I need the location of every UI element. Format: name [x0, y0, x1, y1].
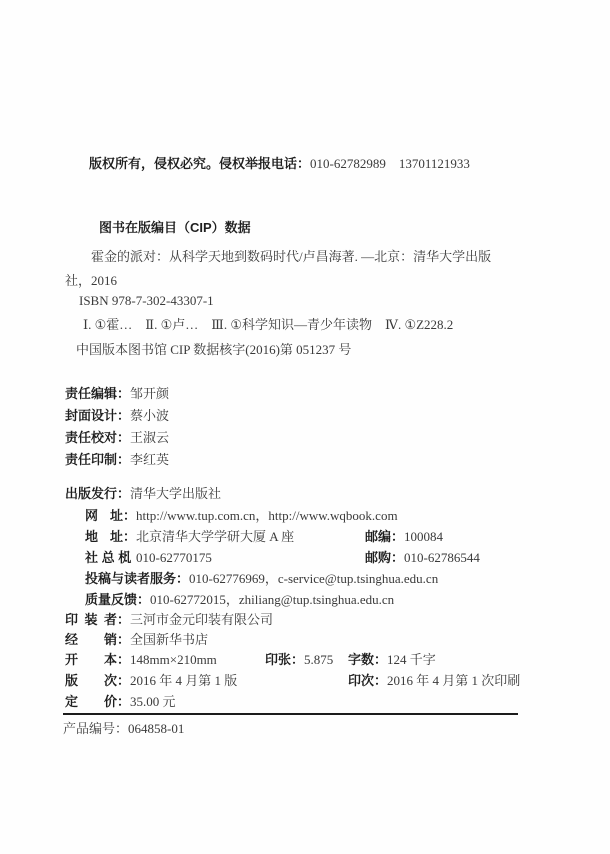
format-row: 开本：148mm×210mm 印张：5.875 字数：124 千字: [65, 652, 535, 667]
sheets-value: 5.875: [304, 652, 333, 667]
publisher-name: 清华大学出版社: [130, 486, 221, 501]
switchboard-row: 社 总 机：010-62770175 邮购：010-62786544: [85, 550, 555, 565]
cip-isbn: ISBN 978-7-302-43307-1: [79, 293, 214, 308]
cip-record-number: 中国版本图书馆 CIP 数据核字(2016)第 051237 号: [76, 342, 351, 357]
sheets-label: 印张: [265, 652, 291, 667]
impression-value: 2016 年 4 月第 1 次印刷: [387, 673, 520, 688]
label-colon: ：: [115, 721, 128, 736]
copyright-warning-line: 版权所有，侵权必究。侵权举报电话：010-62782989 1370112193…: [89, 156, 470, 171]
distributor-label: 经销: [65, 632, 117, 647]
edition-row: 版次：2016 年 4 月第 1 版 印次：2016 年 4 月第 1 次印刷: [65, 673, 535, 688]
report-phone-numbers: 010-62782989 13701121933: [310, 156, 470, 171]
copyright-warning-text: 版权所有，侵权必究。: [89, 156, 219, 171]
staff-row-proofreader: 责任校对：王淑云: [65, 430, 535, 445]
staff-row-cover-design: 封面设计：蔡小波: [65, 408, 535, 423]
label-colon: ：: [117, 673, 130, 688]
switchboard-number: 010-62770175: [136, 550, 212, 565]
reader-service-row: 投稿与读者服务：010-62776969，c-service@tup.tsing…: [85, 571, 555, 586]
label-colon: ：: [117, 486, 130, 501]
report-phone-label: 侵权举报电话: [219, 156, 297, 171]
product-code-value: 064858-01: [128, 721, 184, 736]
postcode-pair: 邮编：100084: [365, 529, 443, 544]
printer-label: 印装者: [65, 612, 117, 627]
staff-role-label: 责任印制: [65, 452, 117, 467]
label-colon: ：: [117, 694, 130, 709]
staff-row-editor: 责任编辑：邹开颜: [65, 386, 535, 401]
staff-role-label: 责任校对: [65, 430, 117, 445]
impression-label: 印次: [348, 673, 374, 688]
reader-service-contact: 010-62776969，c-service@tup.tsinghua.edu.…: [189, 571, 438, 586]
staff-role-label: 责任编辑: [65, 386, 117, 401]
label-colon: ：: [391, 529, 404, 544]
staff-role-label: 封面设计: [65, 408, 117, 423]
label-colon: ：: [391, 550, 404, 565]
price-row: 定价：35.00 元: [65, 694, 535, 709]
format-value: 148mm×210mm: [130, 652, 217, 667]
label-colon: ：: [117, 652, 130, 667]
label-colon: ：: [117, 386, 130, 401]
staff-name: 邹开颜: [130, 386, 169, 401]
distributor-row: 经销：全国新华书店: [65, 632, 535, 647]
postcode-label: 邮编: [365, 529, 391, 544]
staff-name: 王淑云: [130, 430, 169, 445]
divider-rule: [63, 713, 518, 715]
sheets-pair: 印张：5.875: [265, 652, 333, 667]
label-colon: ：: [297, 156, 310, 171]
address-row: 地址：北京清华大学学研大厦 A 座 邮编：100084: [85, 529, 555, 544]
label-colon: ：: [117, 612, 130, 627]
copyright-page: 版权所有，侵权必究。侵权举报电话：010-62782989 1370112193…: [0, 0, 610, 854]
quality-feedback-contact: 010-62772015，zhiliang@tup.tsinghua.edu.c…: [150, 592, 394, 607]
wordcount-label: 字数: [348, 652, 374, 667]
address-value: 北京清华大学学研大厦 A 座: [136, 529, 294, 544]
price-value: 35.00 元: [130, 694, 176, 709]
label-colon: ：: [117, 632, 130, 647]
website-urls: http://www.tup.com.cn，http://www.wqbook.…: [136, 508, 398, 523]
quality-feedback-row: 质量反馈：010-62772015，zhiliang@tup.tsinghua.…: [85, 592, 555, 607]
cip-header: 图书在版编目（CIP）数据: [99, 220, 251, 235]
edition-label: 版次: [65, 673, 117, 688]
label-colon: ：: [123, 550, 136, 565]
impression-pair: 印次：2016 年 4 月第 1 次印刷: [348, 673, 520, 688]
address-label: 地址: [85, 529, 123, 544]
label-colon: ：: [117, 408, 130, 423]
label-colon: ：: [117, 452, 130, 467]
price-label: 定价: [65, 694, 117, 709]
label-colon: ：: [123, 529, 136, 544]
staff-row-print-supervisor: 责任印制：李红英: [65, 452, 535, 467]
wordcount-value: 124 千字: [387, 652, 436, 667]
distributor-name: 全国新华书店: [130, 632, 208, 647]
mailorder-number: 010-62786544: [404, 550, 480, 565]
wordcount-pair: 字数：124 千字: [348, 652, 436, 667]
publisher-label: 出版发行: [65, 486, 117, 501]
publisher-row: 出版发行：清华大学出版社: [65, 486, 535, 501]
cip-classification: Ⅰ. ①霍… Ⅱ. ①卢… Ⅲ. ①科学知识—青少年读物 Ⅳ. ①Z228.2: [83, 317, 453, 332]
website-row: 网址：http://www.tup.com.cn，http://www.wqbo…: [85, 508, 555, 523]
label-colon: ：: [137, 592, 150, 607]
label-colon: ：: [374, 652, 387, 667]
staff-name: 蔡小波: [130, 408, 169, 423]
label-colon: ：: [374, 673, 387, 688]
label-colon: ：: [117, 430, 130, 445]
edition-value: 2016 年 4 月第 1 版: [130, 673, 237, 688]
switchboard-label: 社 总 机: [85, 550, 123, 565]
product-code-label: 产品编号: [63, 721, 115, 736]
cip-title-line: 霍金的派对：从科学天地到数码时代/卢昌海著. —北京：清华大学出版 社，2016: [65, 245, 535, 293]
printer-name: 三河市金元印装有限公司: [130, 612, 273, 627]
label-colon: ：: [291, 652, 304, 667]
mailorder-pair: 邮购：010-62786544: [365, 550, 480, 565]
product-code-line: 产品编号：064858-01: [63, 721, 184, 736]
postcode-value: 100084: [404, 529, 443, 544]
website-label: 网址: [85, 508, 123, 523]
staff-name: 李红英: [130, 452, 169, 467]
label-colon: ：: [123, 508, 136, 523]
mailorder-label: 邮购: [365, 550, 391, 565]
reader-service-label: 投稿与读者服务: [85, 571, 176, 586]
quality-feedback-label: 质量反馈: [85, 592, 137, 607]
printer-row: 印装者：三河市金元印装有限公司: [65, 612, 535, 627]
format-label: 开本: [65, 652, 117, 667]
label-colon: ：: [176, 571, 189, 586]
